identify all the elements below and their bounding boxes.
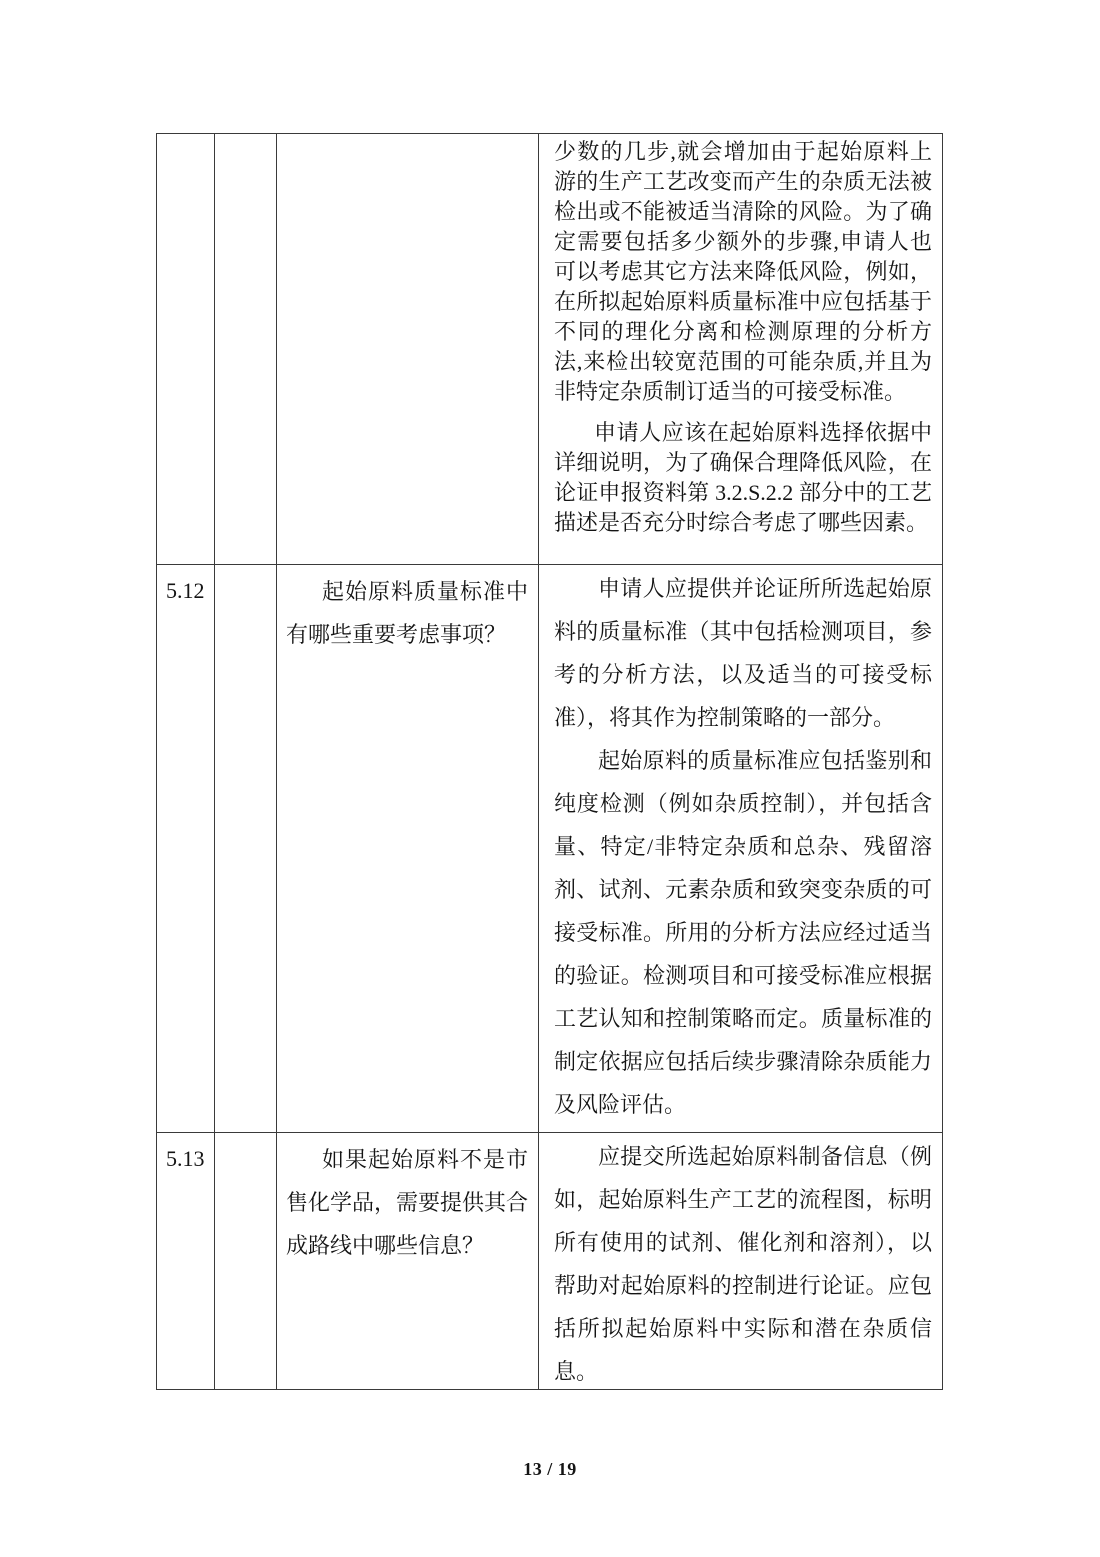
empty-flag-cell [215, 134, 277, 565]
empty-flag-cell [215, 1133, 277, 1389]
table-row-5-13: 5.13 如果起始原料不是市售化学品，需要提供其合成路线中哪些信息？ 应提交所选… [157, 1133, 942, 1389]
answer-paragraph: 申请人应该在起始原料选择依据中详细说明，为了确保合理降低风险，在论证申报资料第 … [554, 418, 932, 538]
question-text: 如果起始原料不是市售化学品，需要提供其合成路线中哪些信息？ [286, 1138, 528, 1267]
answer-cell: 少数的几步,就会增加由于起始原料上游的生产工艺改变而产生的杂质无法被检出或不能被… [539, 134, 942, 565]
answer-paragraph: 应提交所选起始原料制备信息（例如，起始原料生产工艺的流程图，标明所有使用的试剂、… [554, 1135, 932, 1389]
answer-cell: 申请人应提供并论证所所选起始原料的质量标准（其中包括检测项目，参考的分析方法，以… [539, 565, 942, 1133]
empty-flag-cell [215, 565, 277, 1133]
item-number-cell: 5.12 [157, 565, 215, 1133]
question-cell [277, 134, 539, 565]
page-number: 13 / 19 [0, 1459, 1100, 1480]
question-cell: 如果起始原料不是市售化学品，需要提供其合成路线中哪些信息？ [277, 1133, 539, 1389]
qa-table: 少数的几步,就会增加由于起始原料上游的生产工艺改变而产生的杂质无法被检出或不能被… [156, 133, 943, 1390]
item-number-cell: 5.13 [157, 1133, 215, 1389]
item-number-cell [157, 134, 215, 565]
table-row-continuation: 少数的几步,就会增加由于起始原料上游的生产工艺改变而产生的杂质无法被检出或不能被… [157, 134, 942, 565]
answer-paragraph: 申请人应提供并论证所所选起始原料的质量标准（其中包括检测项目，参考的分析方法，以… [554, 567, 932, 739]
answer-cell: 应提交所选起始原料制备信息（例如，起始原料生产工艺的流程图，标明所有使用的试剂、… [539, 1133, 942, 1389]
question-text: 起始原料质量标准中有哪些重要考虑事项？ [286, 570, 528, 656]
answer-paragraph: 起始原料的质量标准应包括鉴别和纯度检测（例如杂质控制），并包括含量、特定/非特定… [554, 739, 932, 1126]
answer-paragraph: 少数的几步,就会增加由于起始原料上游的生产工艺改变而产生的杂质无法被检出或不能被… [554, 137, 932, 407]
question-cell: 起始原料质量标准中有哪些重要考虑事项？ [277, 565, 539, 1133]
table-row-5-12: 5.12 起始原料质量标准中有哪些重要考虑事项？ 申请人应提供并论证所所选起始原… [157, 565, 942, 1133]
